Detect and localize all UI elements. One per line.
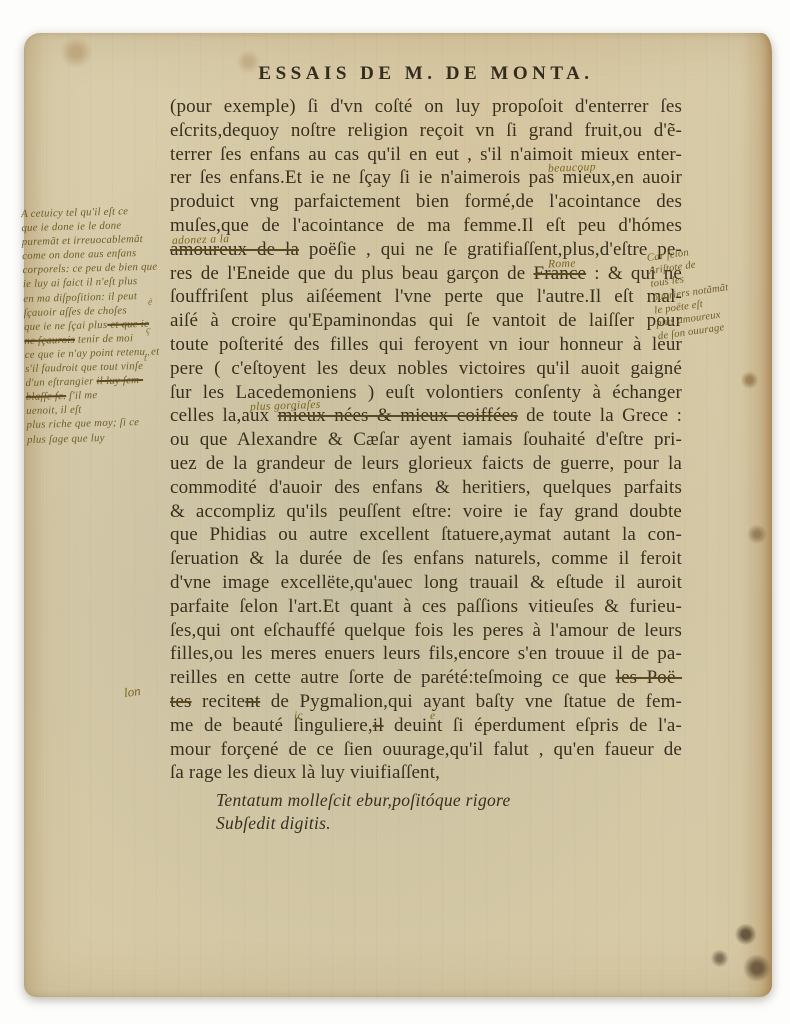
text-segment: aiſé à croire qu'Epaminondas qui ſe vant… xyxy=(170,310,682,331)
text-segment: terrer ſes enfans au cas qu'il en eut , … xyxy=(170,144,682,165)
text-segment: pere ( c'eſtoyent les deux nobles victoi… xyxy=(170,358,682,379)
quote-line: Tentatum molleſcit ebur,poſitóque rigore xyxy=(216,789,511,812)
struck-text: ne ſçaurois xyxy=(24,334,75,347)
struck-text: tes xyxy=(170,691,192,712)
print-line: que Phidias ou autre excellent ſtatuere,… xyxy=(170,523,682,547)
text-segment: me de beauté ſinguliere, xyxy=(170,715,373,736)
print-line: amoureux de la poëſie , qui ne ſe gratif… xyxy=(170,238,682,262)
print-line: eſcrits,dequoy noſtre religion reçoit vn… xyxy=(170,119,682,143)
text-segment: que Phidias ou autre excellent ſtatuere,… xyxy=(170,524,682,545)
printed-text-block: (pour exemple) ſi d'vn coſté on luy prop… xyxy=(170,95,682,785)
print-line: muſes,que de l'acointance de ma femme.Il… xyxy=(170,214,682,238)
print-line: rer ſes enfans.Et ie ne ſçay ſi ie n'aim… xyxy=(170,166,682,190)
handwritten-insert: beaucoup xyxy=(548,157,597,182)
text-segment: eſcrits,dequoy noſtre religion reçoit vn… xyxy=(170,120,682,141)
latin-quote: Tentatum molleſcit ebur,poſitóque rigore… xyxy=(216,789,511,835)
text-segment: ſçauoir aſſes de choſes xyxy=(23,304,126,319)
text-segment: res de l'Eneide que du plus beau garçon … xyxy=(170,263,534,284)
print-line: reilles en cette autre ſorte de parété:t… xyxy=(170,666,682,690)
text-segment: recite xyxy=(192,691,246,712)
text-segment: en ma diſpoſition: il peut xyxy=(23,290,137,305)
text-segment: plus riche que moy; ſi ce xyxy=(26,416,139,431)
print-line: (pour exemple) ſi d'vn coſté on luy prop… xyxy=(170,95,682,119)
struck-text: il luy ſem- xyxy=(96,374,143,387)
print-line: filles,ou les meres enuers leurs fils,en… xyxy=(170,642,682,666)
text-segment: ſ'il me xyxy=(66,389,98,402)
text-segment: mour forçené de ce ſien ouurage,qu'il fa… xyxy=(170,739,682,760)
text-segment: rer ſes enfans.Et ie ne ſçay ſi ie n'aim… xyxy=(170,167,682,188)
struck-text: il xyxy=(373,715,384,736)
struck-text: nt xyxy=(245,691,260,712)
print-line: res de l'Eneide que du plus beau garçon … xyxy=(170,262,682,286)
print-line: ſes,qui ont eſchauffé quelque fois les p… xyxy=(170,619,682,643)
print-line: aiſé à croire qu'Epaminondas qui ſe vant… xyxy=(170,309,682,333)
marginalia-left: A cetuicy tel qu'il eſt ceque ie done ie… xyxy=(21,203,185,447)
text-segment: que ie ne ſçai plus xyxy=(24,319,108,333)
print-line: me de beauté ſinguliere,il deuint ſi épe… xyxy=(170,714,682,738)
text-segment: plus ſage que luy xyxy=(27,431,105,445)
struck-text: les Poë- xyxy=(616,667,682,688)
text-segment: parfaite ſelon l'art.Et quant à ces paſſ… xyxy=(170,596,682,617)
text-segment: ſeruation & la durée de ſes enfans natur… xyxy=(170,548,682,569)
print-line: tes recitent de Pygmalion,qui ayant baſt… xyxy=(170,690,682,714)
running-header: ESSAIS DE M. DE MONTA. xyxy=(170,63,682,85)
text-segment: que ie done ie le done xyxy=(21,220,121,235)
print-line: terrer ſes enfans au cas qu'il en eut , … xyxy=(170,143,682,167)
handwritten-correction-lon: lon xyxy=(123,683,142,701)
print-line: commodité d'auoir des enfans & heritiers… xyxy=(170,476,682,500)
text-segment: ſes,qui ont eſchauffé quelque fois les p… xyxy=(170,620,682,641)
print-line: d'vne image excellëte,qu'auec long traua… xyxy=(170,571,682,595)
print-line: parfaite ſelon l'art.Et quant à ces paſſ… xyxy=(170,595,682,619)
text-segment: uez de la grandeur de leurs glorieux fai… xyxy=(170,453,682,474)
print-line: ſur les Lacedemoniens ) euſt volontiers … xyxy=(170,381,682,405)
print-line: pere ( c'eſtoyent les deux nobles victoi… xyxy=(170,357,682,381)
print-line: ſa rage les dieux là luy viuifiaſſent, xyxy=(170,761,682,785)
print-line: uez de la grandeur de leurs glorieux fai… xyxy=(170,452,682,476)
print-line: ſouffriſent plus aiſéement l'vne perte q… xyxy=(170,285,682,309)
text-segment: d'un eſtrangier xyxy=(25,375,96,389)
text-segment: commodité d'auoir des enfans & heritiers… xyxy=(170,477,682,498)
text-segment: de toute la Grece : xyxy=(518,405,682,426)
stray-ink-mark: ç xyxy=(146,325,150,336)
print-line: toute poſterité des filles qui feroyent … xyxy=(170,333,682,357)
print-line: ou que Alexandre & Cæſar ayent iamais ſo… xyxy=(170,428,682,452)
print-line: mour forçené de ce ſien ouurage,qu'il fa… xyxy=(170,738,682,762)
struck-text: blaſſe fe. xyxy=(26,390,67,403)
print-line: ſeruation & la durée de ſes enfans natur… xyxy=(170,547,682,571)
text-segment: reilles en cette autre ſorte de parété:t… xyxy=(170,667,616,688)
text-segment: ſa rage les dieux là luy viuifiaſſent, xyxy=(170,762,440,783)
text-segment: ie luy ai faict il n'eſt plus xyxy=(23,276,138,291)
text-segment: produict vng parfaictement bien formé,de… xyxy=(170,191,682,212)
stray-ink-mark: t' xyxy=(144,353,149,364)
scan-backdrop: ESSAIS DE M. DE MONTA. (pour exemple) ſi… xyxy=(0,0,790,1024)
print-line: produict vng parfaictement bien formé,de… xyxy=(170,190,682,214)
handwritten-insert: ic xyxy=(294,705,304,729)
text-segment: uenoit, il eſt xyxy=(26,404,82,417)
text-segment: filles,ou les meres enuers leurs fils,en… xyxy=(170,643,682,664)
text-segment: poëſie , qui ne ſe gratifiaſſent,plus,d'… xyxy=(299,239,682,260)
text-segment: ſouffriſent plus aiſéement l'vne perte q… xyxy=(170,286,682,307)
print-line: & accompliz qu'ils peuſſent eſtre: voire… xyxy=(170,500,682,524)
handwritten-insert: e xyxy=(430,705,436,729)
handwritten-insert: adonez a la xyxy=(172,228,230,254)
marginalia-right: Car ſelonAriſtote detous lesouuriers not… xyxy=(646,235,784,344)
text-segment: (pour exemple) ſi d'vn coſté on luy prop… xyxy=(170,96,682,117)
struck-text: et que ie xyxy=(107,318,149,331)
stray-ink-mark: è xyxy=(148,297,152,308)
handwritten-insert: Rome xyxy=(548,252,577,277)
text-segment: muſes,que de l'acointance de ma femme.Il… xyxy=(170,215,682,236)
text-segment: ſur les Lacedemoniens ) euſt volontiers … xyxy=(170,382,682,403)
handwritten-insert: plus gorgiaſes xyxy=(250,394,321,420)
text-segment: eſt xyxy=(688,299,703,312)
text-segment: deuint ſi éperdument eſpris de l'a- xyxy=(384,715,682,736)
text-segment: tenir de moi xyxy=(75,332,133,346)
text-segment: ou que Alexandre & Cæſar ayent iamais ſo… xyxy=(170,429,682,450)
text-segment: d'vne image excellëte,qu'auec long traua… xyxy=(170,572,682,593)
text-segment: toute poſterité des filles qui feroyent … xyxy=(170,334,682,355)
text-segment: de Pygmalion,qui ayant baſty vne ſtatue … xyxy=(260,691,682,712)
book-page: ESSAIS DE M. DE MONTA. (pour exemple) ſi… xyxy=(24,33,772,997)
quote-line: Subſedit digitis. xyxy=(216,812,511,835)
text-segment: & accompliz qu'ils peuſſent eſtre: voire… xyxy=(170,501,682,522)
print-line: celles la,aux mieux nées & mieux coiffée… xyxy=(170,404,682,428)
